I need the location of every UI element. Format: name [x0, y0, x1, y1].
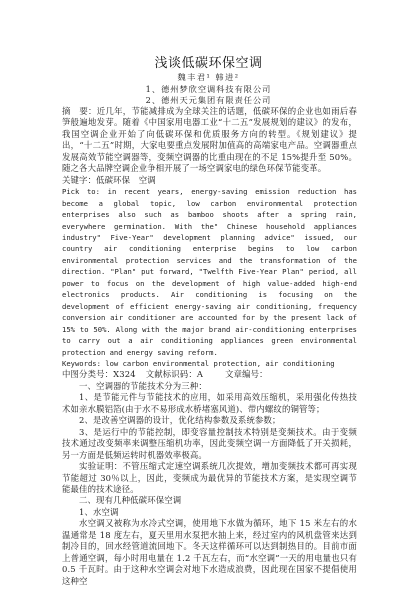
clc-number: 中图分类号：X324 — [62, 369, 136, 379]
keywords-en: Keywords: low carbon environmental prote… — [62, 358, 357, 369]
keywords-cn: 关键字：低碳环保 空调 — [62, 175, 357, 186]
document-page: 浅谈低碳环保空调 魏丰君¹ 韩进² 1、德州梦欣空调科技有限公司 2、德州天元集… — [0, 0, 417, 590]
document-code: 文献标识码：A — [146, 369, 203, 379]
document-body: 摘 要：近几年，节能减排成为全球关注的话题，低碳环保的企业也如雨后春笋般遍地发芽… — [62, 106, 357, 587]
document-title: 浅谈低碳环保空调 — [0, 52, 417, 71]
section-2-heading: 二、现有几种低碳环保空调 — [62, 495, 357, 506]
section-1-conclusion: 实验证明：不管压缩式定速空调系统几次提效，增加变频技术都可再实现节能超过 30％… — [62, 461, 357, 495]
authors: 魏丰君¹ 韩进² — [0, 72, 417, 83]
section-1-item-3: 3、是运行中的节能控制，即变容量控制技术特别是变频技术。由于变频技术通过改变频率… — [62, 427, 357, 461]
abstract-en: Pick to: in recent years, energy-saving … — [62, 186, 357, 358]
classification-meta: 中图分类号：X324文献标识码：A文章编号： — [62, 369, 357, 380]
section-2-subheading-1: 1、水空调 — [62, 507, 357, 518]
section-2-paragraph-1: 水空调又被称为水冷式空调，使用地下水做为循环，地下 15 米左右的水温通常是 1… — [62, 518, 357, 587]
abstract-cn: 摘 要：近几年，节能减排成为全球关注的话题，低碳环保的企业也如雨后春笋般遍地发芽… — [62, 106, 357, 175]
article-number: 文章编号： — [225, 369, 268, 379]
affiliation-2: 2、德州天元集团有限责任公司 — [0, 95, 417, 106]
section-1-heading: 一、空调器的节能技术分为三种： — [62, 381, 357, 392]
affiliation-1: 1、德州梦欣空调科技有限公司 — [0, 84, 417, 95]
section-1-item-1: 1、是节能元件与节能技术的应用，如采用高效压缩机，采用强化传热技术如亲水膜铝箔(… — [62, 392, 357, 415]
section-1-item-2: 2、是改善空调器的设计，优化结构参数及系统参数； — [62, 415, 357, 426]
